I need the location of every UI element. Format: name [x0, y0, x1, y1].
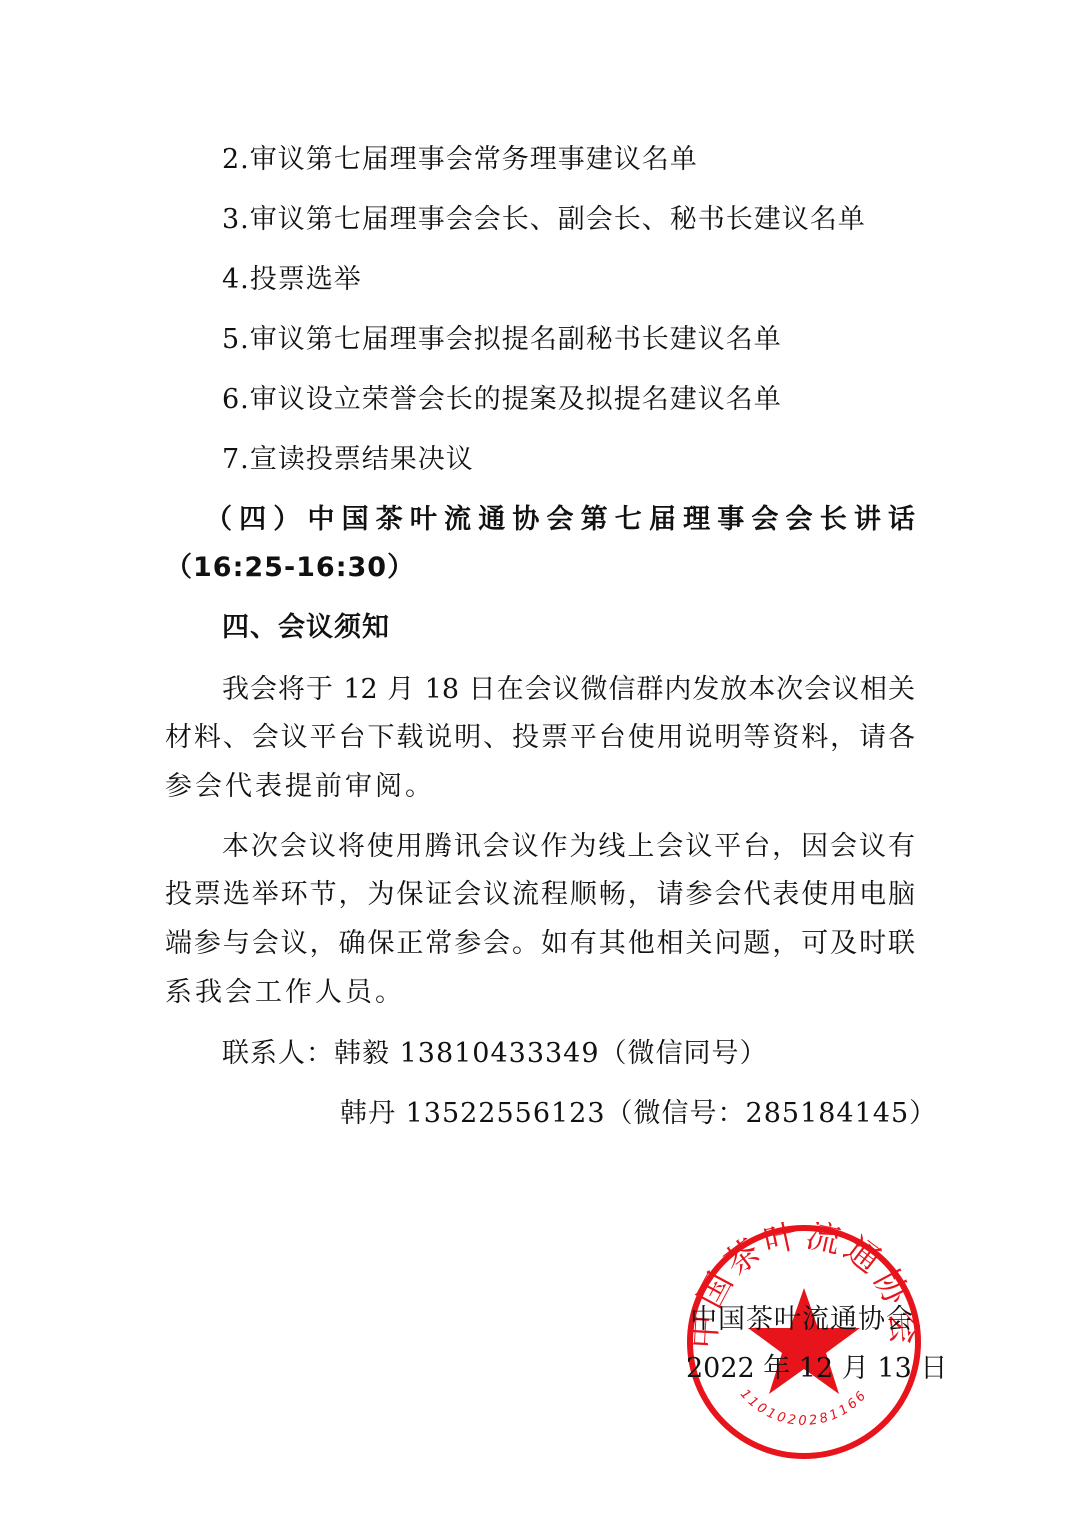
- agenda-text: 审议第七届理事会会长、副会长、秘书长建议名单: [250, 204, 866, 235]
- paragraph2-line2: 投票选举环节，为保证会议流程顺畅，请参会代表使用电脑: [165, 878, 915, 912]
- subsection-heading-line1: （四）中国茶叶流通协会第七届理事会会长讲话: [205, 503, 915, 537]
- agenda-text: 投票选举: [250, 264, 362, 295]
- agenda-item-2: 2.审议第七届理事会常务理事建议名单: [222, 143, 698, 177]
- agenda-text: 审议第七届理事会常务理事建议名单: [250, 144, 698, 175]
- svg-text:1101020281166: 1101020281166: [737, 1387, 871, 1429]
- paragraph1-line1: 我会将于 12 月 18 日在会议微信群内发放本次会议相关: [222, 673, 915, 707]
- agenda-item-4: 4.投票选举: [222, 263, 362, 297]
- contact-label: 联系人：: [222, 1038, 334, 1069]
- agenda-number: 6.: [222, 384, 250, 415]
- signature-organization: 中国茶叶流通协会: [690, 1303, 914, 1337]
- paragraph2-line3: 端参与会议，确保正常参会。如有其他相关问题，可及时联: [165, 927, 915, 961]
- agenda-item-6: 6.审议设立荣誉会长的提案及拟提名建议名单: [222, 383, 782, 417]
- paragraph1-line3: 参会代表提前审阅。: [165, 770, 435, 804]
- agenda-number: 5.: [222, 324, 250, 355]
- subsection-heading-line2: （16:25-16:30）: [165, 551, 415, 585]
- official-seal-icon: 中国茶叶流通协会 1101020281166: [684, 1222, 924, 1462]
- agenda-item-7: 7.宣读投票结果决议: [222, 443, 474, 477]
- section-heading: 四、会议须知: [222, 611, 390, 645]
- paragraph2-line1: 本次会议将使用腾讯会议作为线上会议平台，因会议有: [222, 830, 915, 864]
- paragraph2-line4: 系我会工作人员。: [165, 976, 405, 1010]
- document-page: 2.审议第七届理事会常务理事建议名单 3.审议第七届理事会会长、副会长、秘书长建…: [0, 0, 1080, 1527]
- agenda-number: 2.: [222, 144, 250, 175]
- paragraph1-line2: 材料、会议平台下载说明、投票平台使用说明等资料，请各: [165, 721, 915, 755]
- agenda-item-3: 3.审议第七届理事会会长、副会长、秘书长建议名单: [222, 203, 866, 237]
- agenda-number: 7.: [222, 444, 250, 475]
- agenda-text: 审议设立荣誉会长的提案及拟提名建议名单: [250, 384, 782, 415]
- agenda-text: 审议第七届理事会拟提名副秘书长建议名单: [250, 324, 782, 355]
- contact-1: 韩毅 13810433349（微信同号）: [334, 1038, 768, 1069]
- contact-line2: 韩丹 13522556123（微信号：285184145）: [340, 1097, 937, 1131]
- agenda-number: 4.: [222, 264, 250, 295]
- contact-2: 韩丹 13522556123（微信号：285184145）: [340, 1098, 937, 1129]
- agenda-number: 3.: [222, 204, 250, 235]
- agenda-text: 宣读投票结果决议: [250, 444, 474, 475]
- contact-line1: 联系人：韩毅 13810433349（微信同号）: [222, 1037, 768, 1071]
- signature-date: 2022 年 12 月 13 日: [686, 1352, 947, 1386]
- agenda-item-5: 5.审议第七届理事会拟提名副秘书长建议名单: [222, 323, 782, 357]
